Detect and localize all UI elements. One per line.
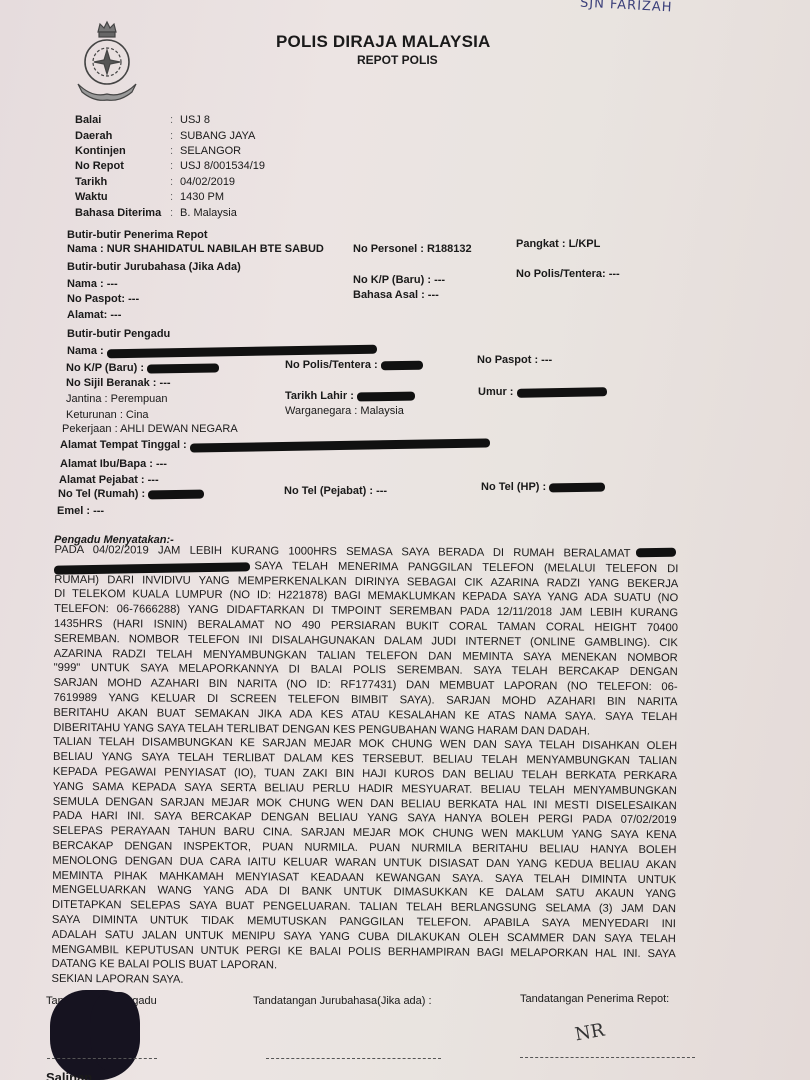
interpreter-passport: No Paspot: ---	[67, 293, 139, 305]
redaction-mark	[381, 360, 423, 370]
statement-body: PADA 04/02/2019 JAM LEBIH KURANG 1000HRS…	[51, 543, 678, 991]
meta-value: USJ 8	[180, 114, 210, 126]
report-meta-row: Tarikh:04/02/2019	[75, 176, 235, 188]
complainant-name: Nama :	[67, 345, 377, 357]
complainant-email: Emel : ---	[57, 505, 104, 517]
footer-partial-text: Salinan	[46, 1070, 92, 1080]
meta-label: Kontinjen	[75, 145, 170, 157]
interpreter-signature-label: Tandatangan Jurubahasa(Jika ada) :	[253, 995, 432, 1007]
redacted-signature	[90, 992, 140, 1072]
report-meta-row: Kontinjen:SELANGOR	[75, 145, 241, 157]
redaction-mark	[636, 548, 676, 558]
page-subtitle: REPOT POLIS	[357, 53, 438, 67]
complainant-home-tel: No Tel (Rumah) :	[58, 488, 204, 500]
complainant-ic: No K/P (Baru) :	[66, 362, 219, 374]
signature-line	[520, 1057, 695, 1058]
interpreter-heading: Butir-butir Jurubahasa (Jika Ada)	[67, 261, 241, 273]
meta-value: USJ 8/001534/19	[180, 160, 265, 172]
redaction-mark	[549, 482, 605, 492]
redaction-mark	[148, 489, 204, 499]
meta-label: Bahasa Diterima	[75, 207, 170, 219]
complainant-occupation: Pekerjaan : AHLI DEWAN NEGARA	[62, 423, 238, 435]
redaction-mark	[357, 391, 415, 401]
handwritten-note: SJN FARIZAH	[580, 0, 673, 15]
meta-value: 04/02/2019	[180, 176, 235, 188]
interpreter-language: Bahasa Asal : ---	[353, 289, 439, 301]
redaction-mark	[516, 387, 606, 398]
complainant-ethnicity: Keturunan : Cina	[66, 409, 149, 421]
meta-value: SUBANG JAYA	[180, 130, 255, 142]
receiver-name: Nama : NUR SHAHIDATUL NABILAH BTE SABUD	[67, 243, 324, 255]
report-meta-row: No Repot:USJ 8/001534/19	[75, 160, 265, 172]
complainant-age: Umur :	[478, 386, 607, 398]
complainant-nationality: Warganegara : Malaysia	[285, 405, 404, 417]
complainant-heading: Butir-butir Pengadu	[67, 328, 170, 340]
meta-label: No Repot	[75, 160, 170, 172]
report-meta-row: Bahasa Diterima:B. Malaysia	[75, 207, 237, 219]
interpreter-ic: No K/P (Baru) : ---	[353, 274, 445, 286]
page-title: POLIS DIRAJA MALAYSIA	[276, 32, 491, 52]
interpreter-address: Alamat: ---	[67, 309, 121, 321]
complainant-home-address: Alamat Tempat Tinggal :	[60, 439, 490, 451]
police-crest-icon	[72, 18, 142, 102]
complainant-gender: Jantina : Perempuan	[66, 393, 168, 405]
redaction-mark	[147, 363, 219, 373]
statement-line: SEKIAN LAPORAN SAYA.	[51, 972, 675, 991]
meta-value: 1430 PM	[180, 191, 224, 203]
complainant-passport: No Paspot : ---	[477, 354, 552, 366]
report-meta-row: Daerah:SUBANG JAYA	[75, 130, 255, 142]
signature-line	[47, 1058, 157, 1059]
receiver-signature: NR	[573, 1020, 606, 1046]
meta-label: Waktu	[75, 191, 170, 203]
interpreter-name: Nama : ---	[67, 278, 118, 290]
receiver-heading: Butir-butir Penerima Repot	[67, 229, 208, 241]
signature-line	[266, 1058, 441, 1059]
redaction-mark	[190, 438, 490, 452]
receiver-personnel-no: No Personel : R188132	[353, 243, 472, 255]
receiver-signature-label: Tandatangan Penerima Repot:	[520, 993, 669, 1005]
meta-label: Daerah	[75, 130, 170, 142]
complainant-dob: Tarikh Lahir :	[285, 390, 415, 402]
report-meta-row: Waktu:1430 PM	[75, 191, 224, 203]
report-meta-row: Balai:USJ 8	[75, 114, 210, 126]
complainant-office-tel: No Tel (Pejabat) : ---	[284, 485, 387, 497]
complainant-parent-address: Alamat Ibu/Bapa : ---	[60, 458, 167, 470]
complainant-birth-cert: No Sijil Beranak : ---	[66, 377, 171, 389]
meta-value: B. Malaysia	[180, 207, 237, 219]
meta-label: Balai	[75, 114, 170, 126]
complainant-police-no: No Polis/Tentera :	[285, 359, 423, 371]
meta-value: SELANGOR	[180, 145, 241, 157]
complainant-office-address: Alamat Pejabat : ---	[59, 474, 159, 486]
complainant-mobile-tel: No Tel (HP) :	[481, 481, 605, 493]
meta-label: Tarikh	[75, 176, 170, 188]
interpreter-police-no: No Polis/Tentera: ---	[516, 268, 620, 280]
redaction-mark	[107, 344, 377, 358]
receiver-rank: Pangkat : L/KPL	[516, 238, 600, 250]
